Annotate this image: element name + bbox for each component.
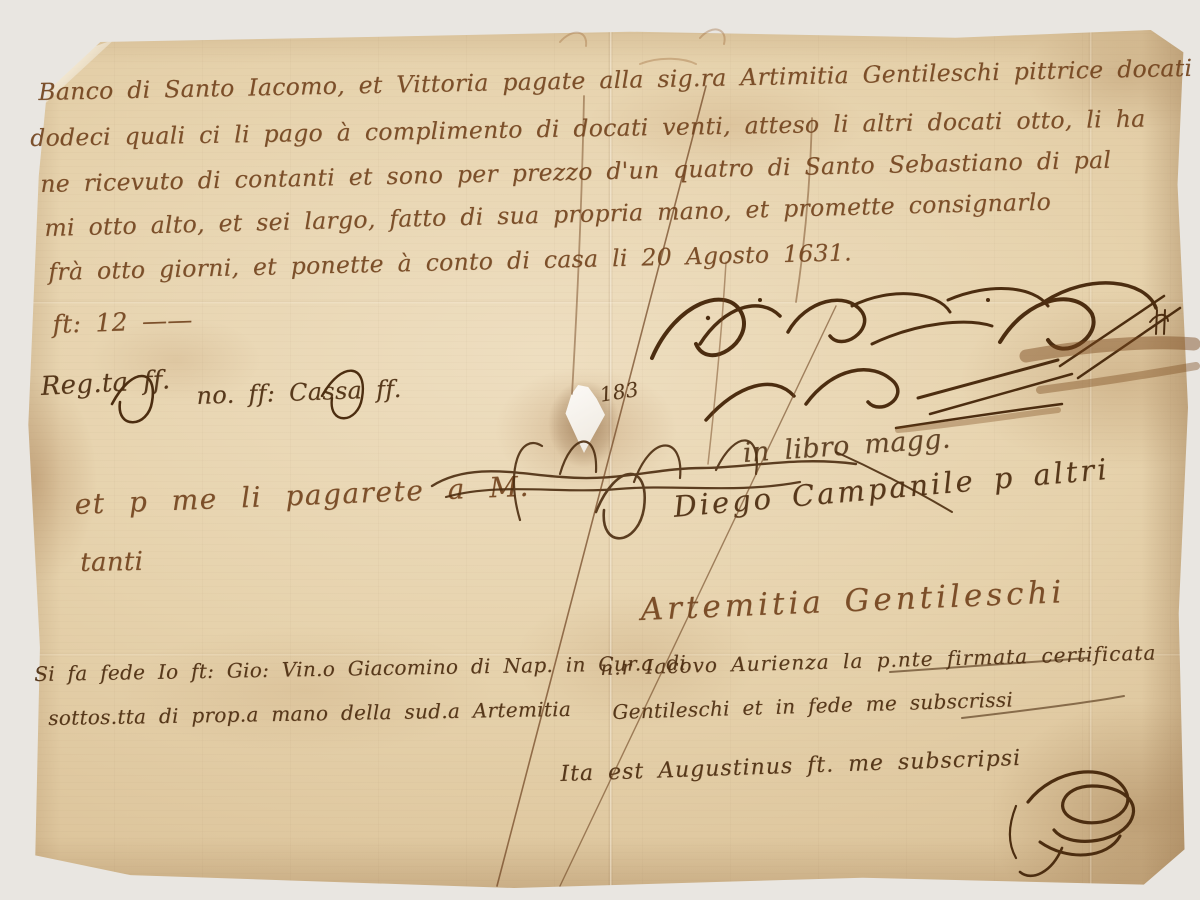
paper-hole: [563, 385, 605, 453]
photo-background: Banco di Santo Iacomo, et Vittoria pagat…: [0, 0, 1200, 900]
endorsement-line-2: tanti: [80, 547, 143, 578]
amount-line: ft: 12 ——: [52, 305, 193, 339]
